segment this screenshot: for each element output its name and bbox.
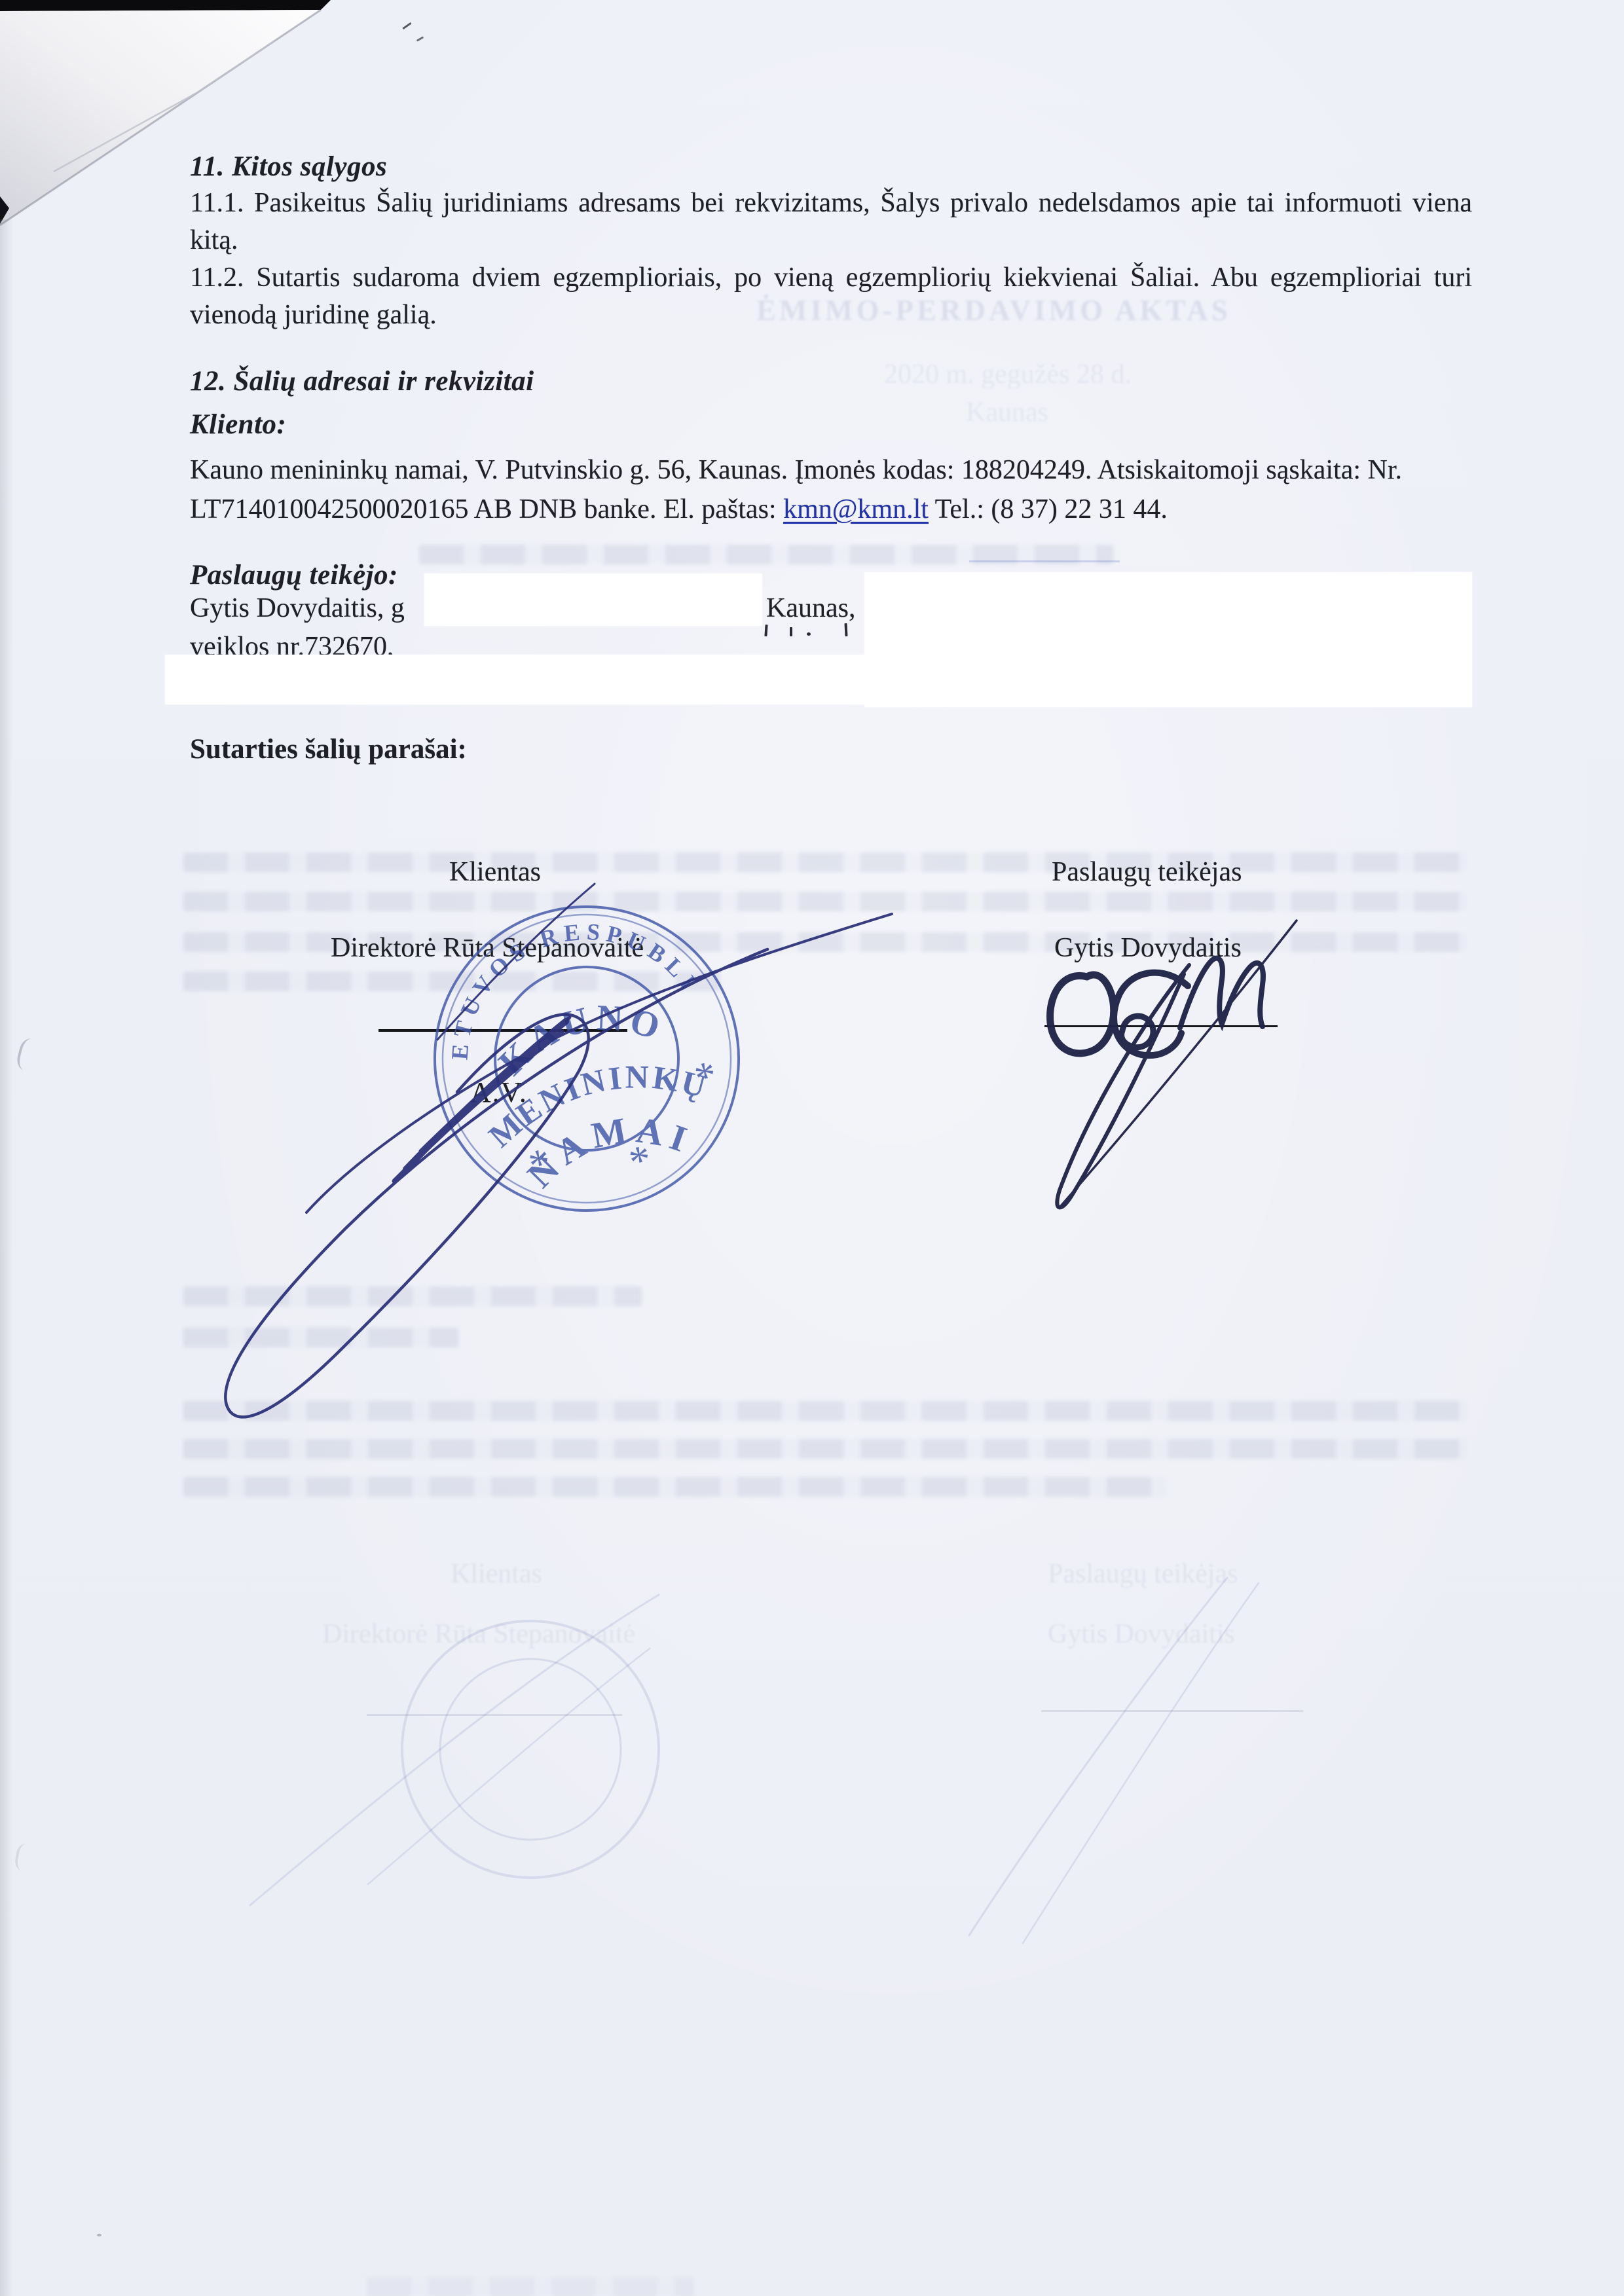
- debris-speck: [97, 2234, 101, 2236]
- client-signature-ink: [225, 884, 892, 1417]
- left-page-edge-shadow: [0, 219, 13, 2296]
- folded-corner-artifact: [0, 0, 354, 242]
- scanned-contract-page: ĖMIMO-PERDAVIMO AKTAS 2020 m. gegužės 28…: [0, 0, 1624, 2296]
- handwritten-signatures: [0, 0, 1624, 2296]
- provider-signature-ink: [1050, 920, 1297, 1207]
